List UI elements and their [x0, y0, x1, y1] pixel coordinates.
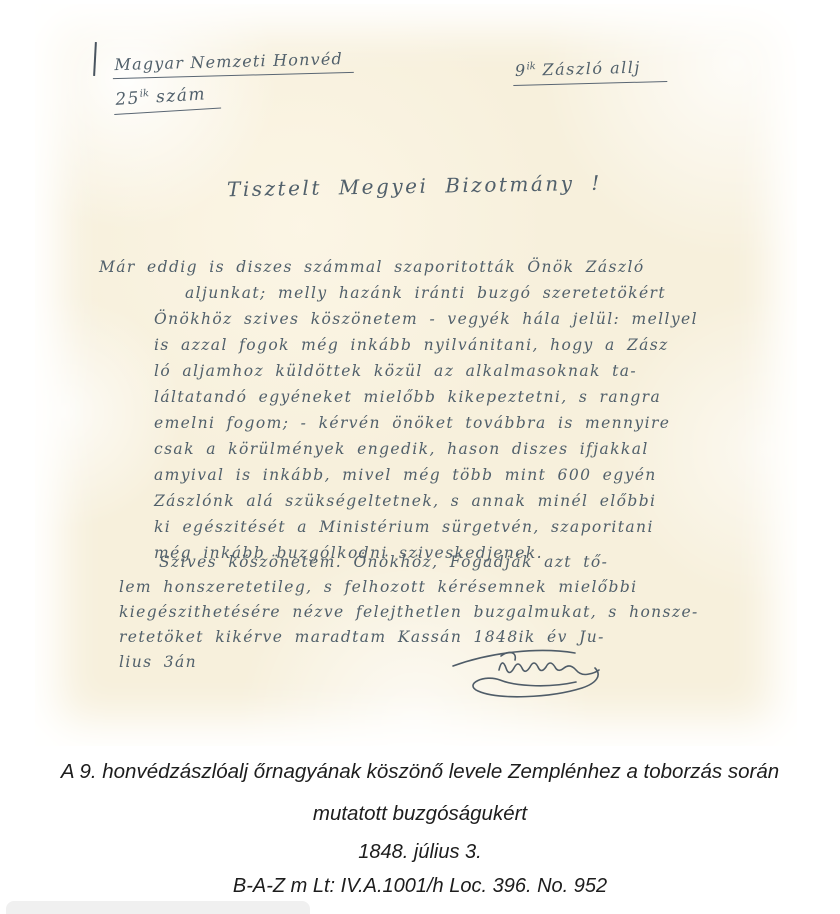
letterhead-right: 9ik Zászló allj — [513, 57, 668, 86]
battalion-number-value: 9 — [515, 61, 527, 80]
battalion-number: 9ik Zászló allj — [513, 57, 668, 86]
letter-body: Már eddig is diszes számmal szaporitottá… — [99, 254, 739, 566]
handwritten-line: is azzal fogok még inkább nyilvánitani, … — [99, 332, 739, 358]
handwritten-line: Szives köszönetem. Önökhöz, Fogadják azt… — [119, 550, 739, 575]
handwritten-line: emelni fogom; - kérvén önöket továbbra i… — [99, 410, 739, 436]
letterhead-number: 25ik szám — [113, 84, 221, 115]
battalion-number-suffix: ik — [526, 61, 536, 72]
handwritten-line: Önökhöz szives köszönetem - vegyék hála … — [99, 306, 739, 332]
bottom-overlay — [6, 901, 310, 914]
handwritten-line: lius 3án — [119, 650, 739, 675]
salutation: Tisztelt Megyei Bizotmány ! — [227, 171, 602, 202]
caption-title-line1: A 9. honvédzászlóalj őrnagyának köszönő … — [0, 760, 840, 784]
margin-mark — [93, 42, 97, 76]
caption-date: 1848. július 3. — [0, 841, 840, 864]
handwritten-line: Zászlónk alá szükségeltetnek, s annak mi… — [99, 488, 739, 514]
handwritten-line: lem honszeretetileg, s felhozott kérésem… — [119, 575, 739, 600]
letterhead-left: Magyar Nemzeti Honvéd 25ik szám — [112, 49, 354, 113]
signature-flourish — [443, 640, 633, 704]
handwritten-line: láltatandó egyéneket mielőbb kikepeztetn… — [99, 384, 739, 410]
handwritten-line: ló aljamhoz küldöttek közül az alkalmaso… — [99, 358, 739, 384]
caption-title-line2: mutatott buzgóságukért — [0, 802, 840, 826]
caption-archive-reference: B-A-Z m Lt: IV.A.1001/h Loc. 396. No. 95… — [0, 875, 840, 898]
battalion-unit-label: Zászló allj — [536, 58, 641, 80]
letter-scan: Magyar Nemzeti Honvéd 25ik szám 9ik Zász… — [35, 4, 797, 746]
handwritten-line: aljunkat; melly hazánk iránti buzgó szer… — [99, 280, 739, 306]
handwritten-line: ki egészitését a Ministérium sürgetvén, … — [99, 514, 739, 540]
handwritten-line: kiegészithetésére nézve felejthetlen buz… — [119, 600, 739, 625]
signature — [443, 640, 633, 709]
handwritten-line: amyival is inkább, mivel még több mint 6… — [99, 462, 739, 488]
handwritten-line: csak a körülmények engedik, hason diszes… — [99, 436, 739, 462]
handwritten-line: retetöket kikérve maradtam Kassán 1848ik… — [119, 625, 739, 650]
page: Magyar Nemzeti Honvéd 25ik szám 9ik Zász… — [0, 0, 840, 914]
letter-closing: Szives köszönetem. Önökhöz, Fogadják azt… — [119, 550, 739, 675]
letterhead-number-label: szám — [149, 84, 207, 107]
letterhead-number-value: 25 — [115, 88, 141, 109]
handwritten-line: Már eddig is diszes számmal szaporitottá… — [99, 254, 739, 280]
